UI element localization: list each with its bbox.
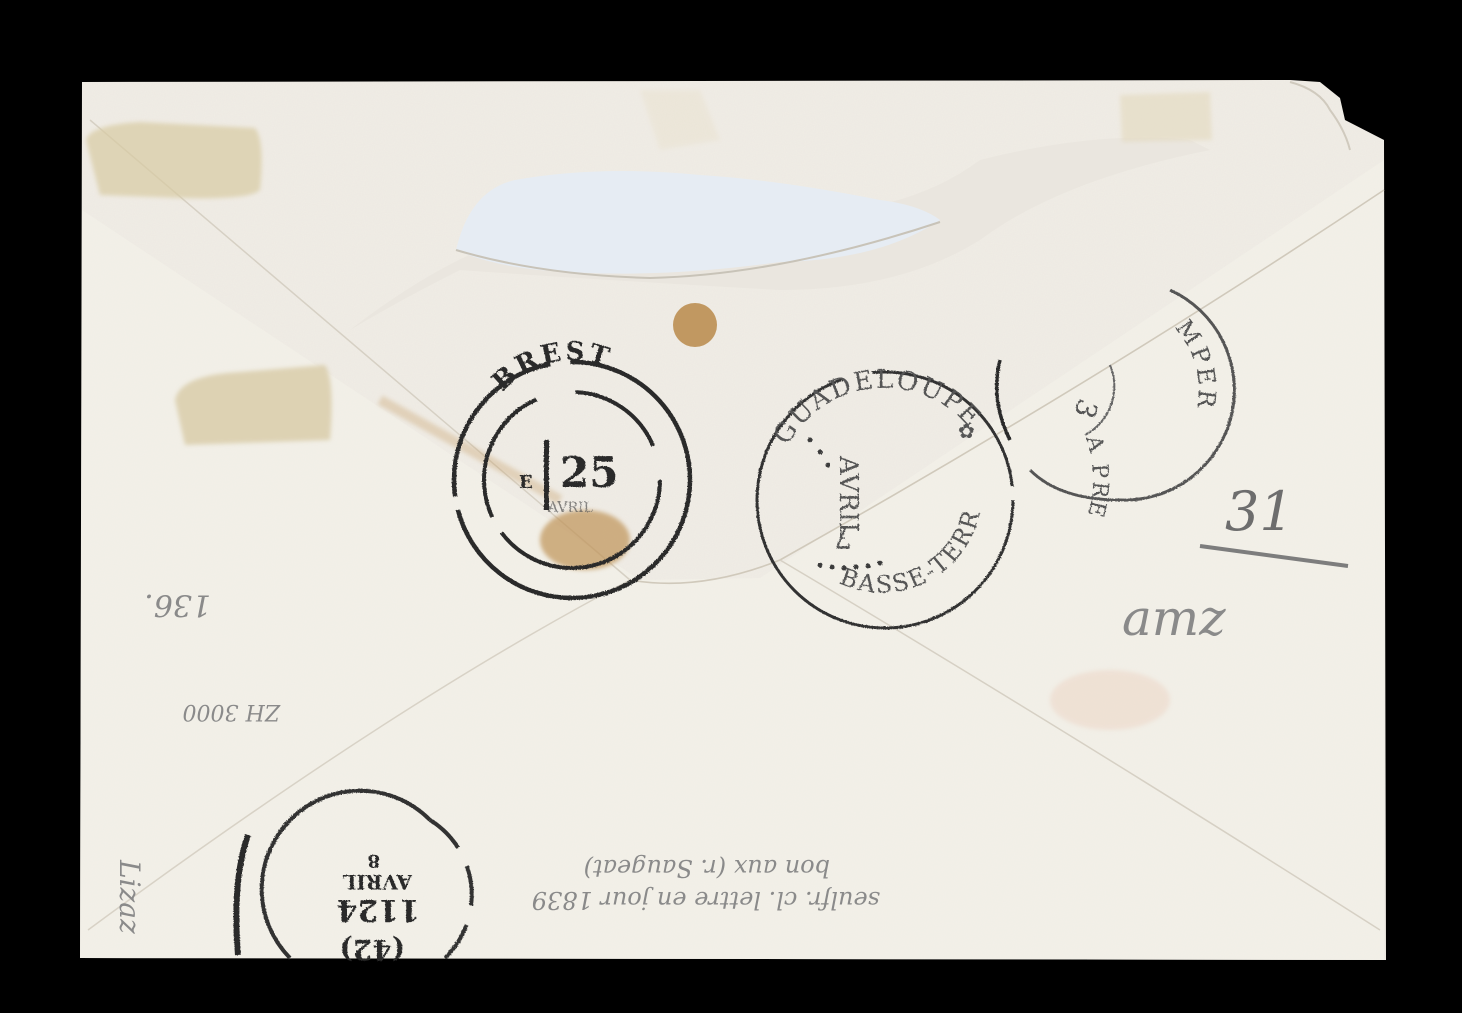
hinge-remnant-top-right [1120, 92, 1212, 142]
pencil-word-right: amz [1122, 589, 1226, 647]
svg-text:1124: 1124 [337, 892, 421, 927]
pencil-number-left: 136. [144, 587, 211, 622]
svg-text:8: 8 [367, 850, 380, 871]
foxing-right [1050, 670, 1170, 730]
svg-text:AVRIL: AVRIL [547, 500, 593, 516]
pencil-inverted-line-1: seulfr. cl. lettre en jour 1839 [532, 886, 880, 914]
svg-text:AVRIL: AVRIL [342, 870, 413, 894]
stain-brest [540, 510, 630, 570]
svg-text:7: 7 [834, 521, 852, 554]
pencil-left-edge: Lizaz [113, 859, 146, 934]
svg-text:✿: ✿ [958, 419, 975, 443]
svg-text:25: 25 [560, 448, 618, 497]
hinge-remnant-top-left [86, 122, 262, 198]
envelope-paper [80, 80, 1386, 960]
pencil-inverted-line-2: bon aux (r. Saugeat) [584, 854, 830, 882]
pencil-ref-left: ZH 3000 [183, 699, 281, 724]
svg-text:E: E [519, 472, 533, 493]
stain-small [673, 303, 717, 347]
svg-text:(42): (42) [340, 933, 405, 966]
envelope-photo: BREST 25 E AVRIL GUADELOUPE BASSE-TERRE … [0, 0, 1462, 1013]
pencil-number: 31 [1225, 480, 1294, 543]
